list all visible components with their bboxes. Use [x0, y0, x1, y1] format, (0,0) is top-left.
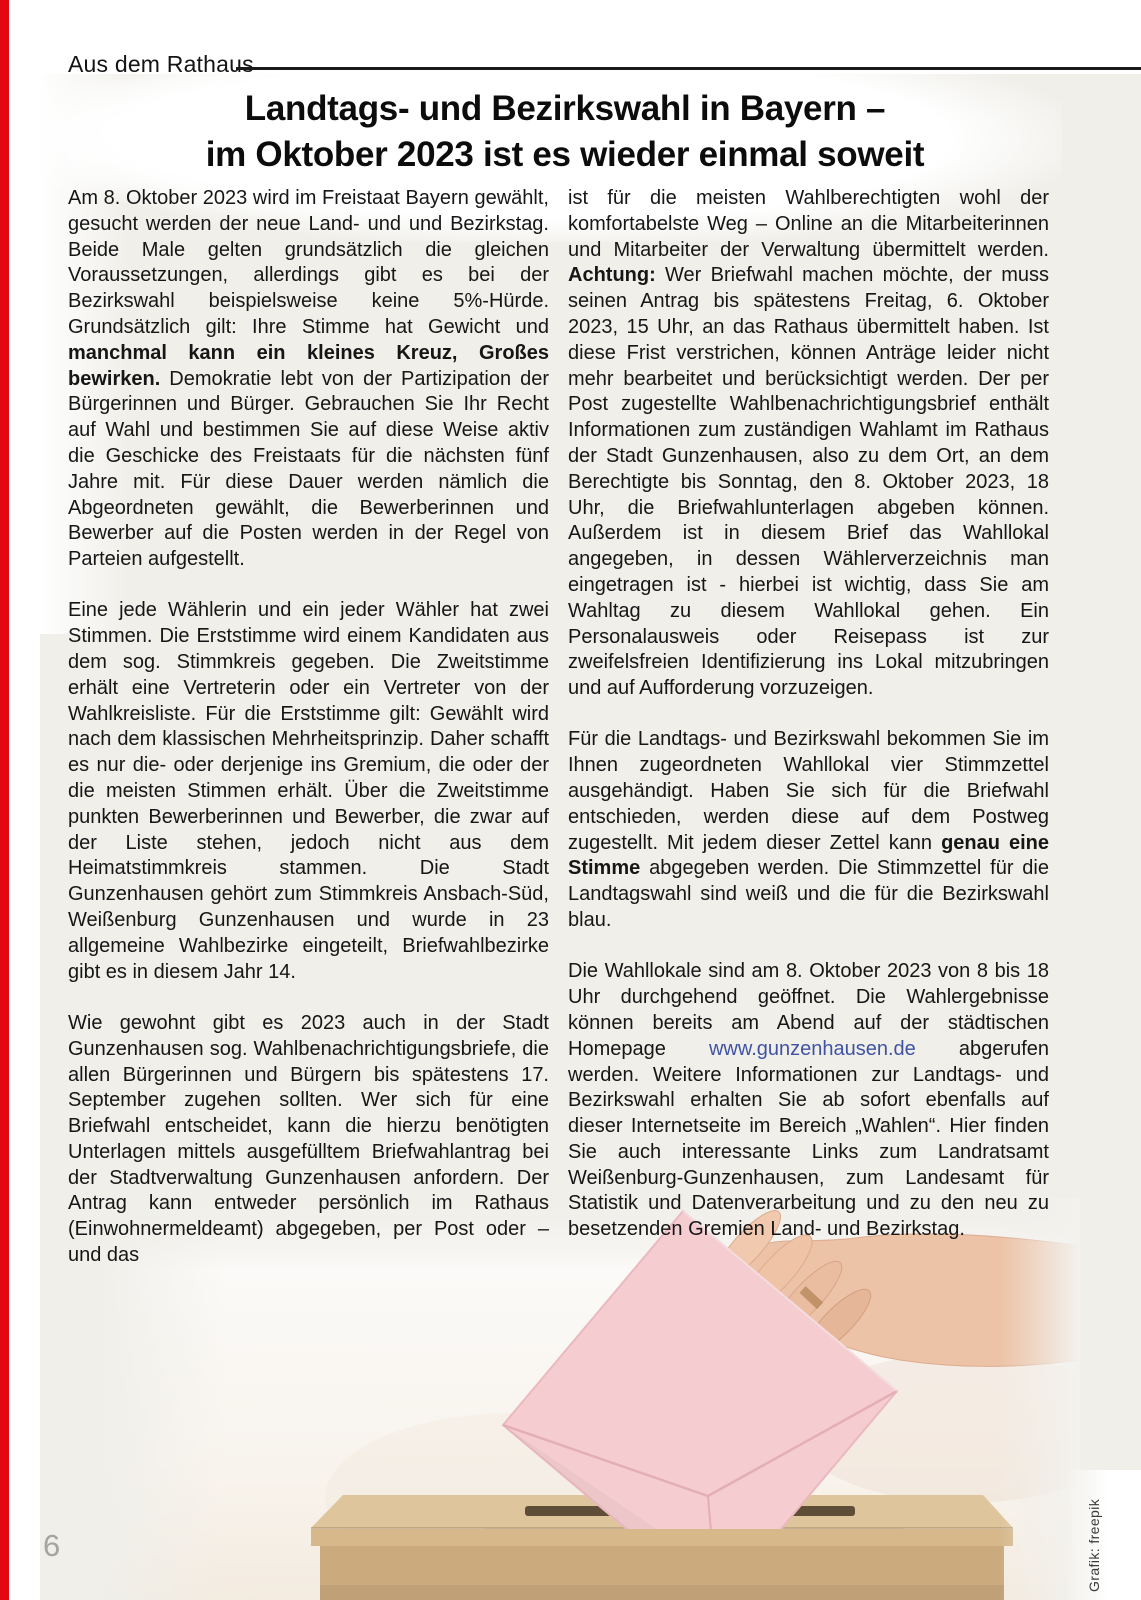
section-edge-bar — [0, 0, 9, 1600]
text-run: Eine jede Wählerin und ein jeder Wähler … — [68, 599, 549, 982]
text-run: Am 8. Oktober 2023 wird im Freistaat Bay… — [68, 187, 549, 338]
homepage-link[interactable]: www.gunzenhausen.de — [709, 1038, 916, 1060]
bottom-right-margin — [1066, 1470, 1141, 1600]
newsletter-page: Aus dem Rathaus Landtags- und Bezirkswah… — [0, 0, 1141, 1600]
paragraph: Die Wahllokale sind am 8. Oktober 2023 v… — [568, 959, 1049, 1243]
ballot-box-front — [311, 1529, 1013, 1600]
photo-credit: Grafik: freepik — [1086, 1442, 1102, 1592]
text-run: Wer Briefwahl machen möchte, der muss se… — [568, 264, 1049, 699]
text-run: abgegeben werden. Die Stimmzettel für di… — [568, 857, 1049, 931]
header-rule — [236, 67, 1141, 70]
page-title-line2: im Oktober 2023 ist es wieder einmal sow… — [90, 132, 1040, 178]
text-run: abgerufen werden. Weitere Informationen … — [568, 1038, 1049, 1241]
text-run: Achtung: — [568, 264, 656, 286]
page-title: Landtags- und Bezirkswahl in Bayern – im… — [90, 86, 1040, 178]
paragraph: Für die Landtags- und Bezirkswahl bekomm… — [568, 727, 1049, 933]
text-run: Wie gewohnt gibt es 2023 auch in der Sta… — [68, 1012, 549, 1266]
text-run: Demokratie lebt von der Partizipation de… — [68, 368, 549, 571]
article-left-column: Am 8. Oktober 2023 wird im Freistaat Bay… — [68, 186, 549, 1269]
paragraph: Eine jede Wählerin und ein jeder Wähler … — [68, 598, 549, 985]
paragraph: ist für die meisten Wahlberechtigten woh… — [568, 186, 1049, 702]
paragraph: Am 8. Oktober 2023 wird im Freistaat Bay… — [68, 186, 549, 573]
paragraph: Wie gewohnt gibt es 2023 auch in der Sta… — [68, 1011, 549, 1269]
text-run: ist für die meisten Wahlberechtigten woh… — [568, 187, 1049, 261]
article-right-column: ist für die meisten Wahlberechtigten woh… — [568, 186, 1049, 1243]
page-title-line1: Landtags- und Bezirkswahl in Bayern – — [90, 86, 1040, 132]
section-label: Aus dem Rathaus — [68, 51, 254, 78]
page-number: 6 — [43, 1528, 60, 1564]
